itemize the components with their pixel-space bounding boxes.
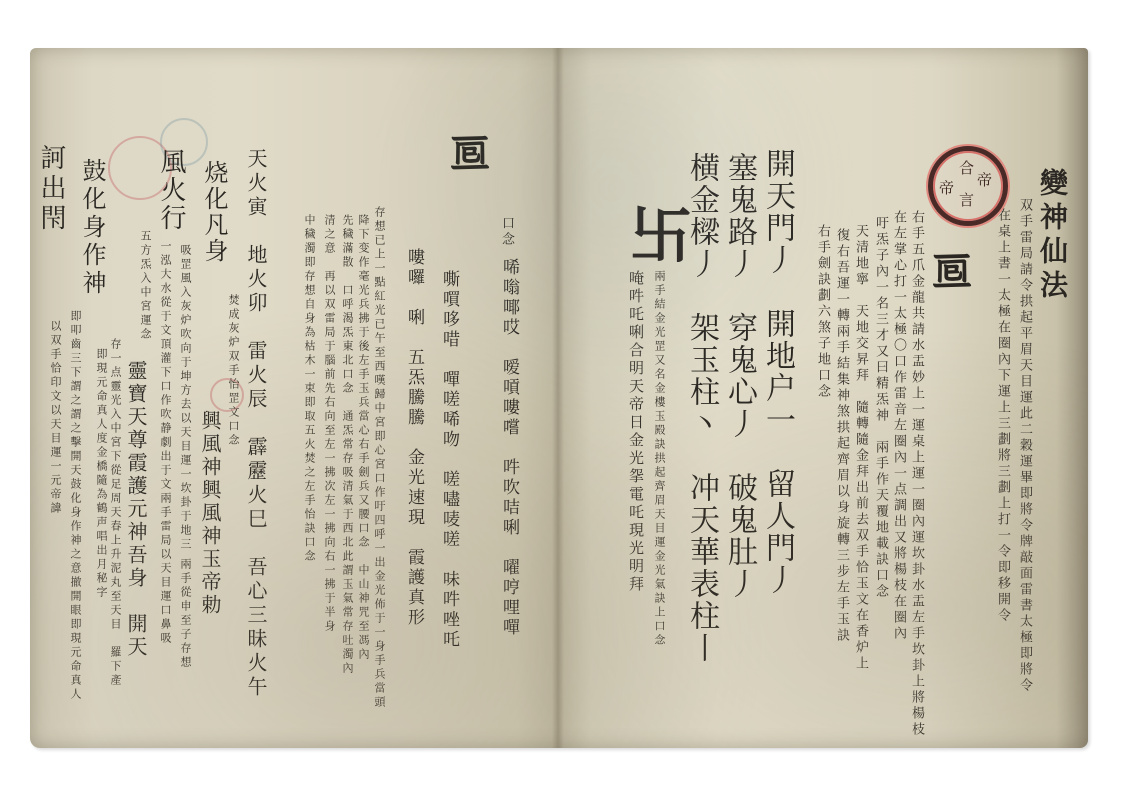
right-text-col-2: 在桌上書一太極在圈內下運上三劃將三劃上打一令即移開令: [996, 208, 1009, 624]
left-long-col-4: 清之意 再以双雷局于腦前先右向至左一拂次左一拂向右一拂于半身: [324, 214, 335, 634]
incantation-line-2: 塞鬼路丿 穿鬼心丿 破鬼肚丿: [724, 152, 754, 600]
drum-note-4: 以双手恰印文以天目運一元帝諱: [50, 320, 61, 516]
chant-label: 口念: [500, 216, 513, 248]
exit-heading: 訶出閇: [38, 144, 64, 234]
drum-heading: 鼓化身作神: [80, 158, 104, 298]
red-seal-hexing: 合 帝 帝 言: [928, 146, 1008, 226]
right-text-col-3: 右手五爪金龍共請水盂妙上一運桌上運一圈內運坎卦水盂左手坎卦上將楊枝: [910, 210, 923, 738]
book-spine: [552, 48, 564, 748]
right-text-col-5: 吁炁子內一名三才又曰精炁神 兩手作天覆地載訣口念: [874, 216, 887, 600]
page-title: 變神仙法: [1038, 168, 1066, 304]
right-text-col-4: 在左掌心打一太極〇口作雷音左圈內一点調出又將楊枝在圈內: [892, 210, 905, 642]
seal-char-left: 帝: [939, 177, 954, 198]
drum-note-1: 存一点靈光入中宮下從足周天春上升泥丸至天目𢺞羅下產: [110, 338, 121, 688]
drum-note-3: 即叩齒三下謂之謂之擊開天鼓化身作神之意撤開眼即現元命真人: [70, 310, 81, 702]
spirit-column: 靈寶天尊霞護元神吾身𢺞開天: [126, 360, 146, 659]
seal-char-top: 合: [959, 157, 974, 178]
left-long-col-3: 先穢滿散 口呼渴炁東北口念 通炁常存吸清氣于西北此謂玉氣常存吐濁內: [342, 214, 353, 676]
wind-god-column: 興風神興風神玉帝勅: [200, 410, 220, 617]
seal-char-bottom: 言: [959, 189, 974, 210]
wind-note-3: 五方炁入中宮運念: [140, 230, 151, 342]
right-note-col-1: 兩手結金光罡又名金樓玉殿訣拱起齊眉天目運金光氣訣上口念: [654, 270, 665, 648]
chant-col-1: 唏嗡㖿哎 嗳嗊嘍嚐 吽吹咭唎 嚁哼哩嘽: [500, 258, 517, 638]
right-text-col-6: 天清地寧 天地交昇拜 隨轉隨金拜出前去双手恰玉文在香炉上: [854, 224, 867, 672]
right-note-col-2: 唵吽吒唎合明天帝日金光𢪸電吒現光明拜: [628, 270, 643, 594]
right-text-col-1: 双手雷局請令拱起平眉天目運此二穀運畢即將令牌敲面雷書太極即將令: [1018, 198, 1031, 694]
manuscript-spread: 變神仙法 双手雷局請令拱起平眉天目運此二穀運畢即將令牌敲面雷書太極即將令 在桌上…: [30, 48, 1088, 748]
wind-fire-heading: 風火行: [158, 148, 184, 232]
drum-note-2: 即現元命真人度金橋隨為鶴声唱出月秘字: [96, 348, 107, 600]
wind-note-2: 一泓大水從于文頂灌下口作吹静劇出于文兩手雷局以天目運口鼻吸: [160, 240, 171, 646]
left-long-col-5: 中穢濁即存想自身為枯木一束即取五火焚之左手怡訣口念: [304, 214, 315, 564]
seal-char-right: 帝: [977, 169, 992, 190]
left-long-col-2: 降下变作毫光兵拂于後左手玉兵當心右手劍兵又腰口念 中山神咒至馮內: [358, 214, 369, 662]
wind-note-4: 兩手從申至子存想: [180, 558, 191, 670]
left-long-col-1: 存想已上一點紅光已午至西嘆歸中宮即心宮口作吁四呼一出金光佈于一身手兵當頭: [374, 206, 385, 710]
chant-col-3: 嘍囉𡁑唎 五炁騰騰 金光速現 霞護真形: [405, 248, 422, 628]
talisman-right-icon: 𠄢: [932, 248, 972, 295]
chant-col-2: 嘶嘪哆唶 嘽嗟唏吻 嗟嚍唛嗟 味吽唑吒: [440, 270, 457, 650]
wind-note-1: 吸罡風入灰炉吹向于坤方去以天目運一坎卦于地三: [180, 244, 191, 552]
talisman-left-icon: 𠄢: [450, 130, 490, 177]
fire-column: 天火寅 地火卯 雷火辰 霹靂火巳 吾心三昧火午: [246, 148, 266, 700]
talisman-large-icon: 卐: [630, 186, 692, 275]
transform-heading: 烧化凡身: [202, 160, 226, 264]
fire-note: 焚成灰炉双手怡罡文口念: [228, 294, 239, 448]
right-text-col-8: 右手劍訣劃六煞子地口念: [816, 224, 829, 400]
incantation-line-1: 開天門丿 開地户一 留人門丿: [762, 148, 792, 596]
right-text-col-7: 復右吾運一轉兩手結集神煞拱起齊眉以身旋轉三步左手玉訣: [835, 228, 848, 644]
